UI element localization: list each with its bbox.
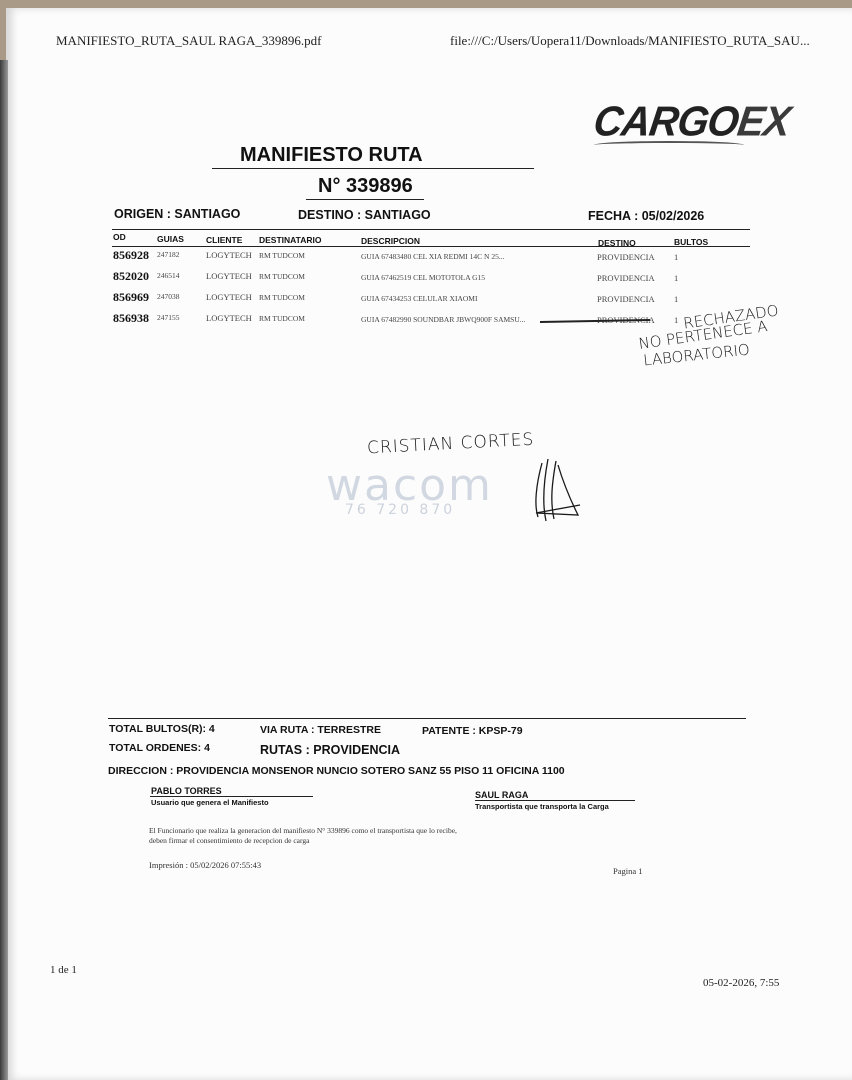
patente: PATENTE : KPSP-79 bbox=[422, 725, 523, 737]
legal-line-1: El Funcionario que realiza la generacion… bbox=[149, 826, 457, 835]
table-header-rule bbox=[112, 246, 750, 247]
col-guias: GUIAS bbox=[157, 234, 184, 244]
title-underline bbox=[212, 168, 534, 169]
cell-destinatario: RM TUDCOM bbox=[259, 314, 305, 323]
logo-swoosh bbox=[594, 141, 744, 149]
col-cliente: CLIENTE bbox=[206, 235, 242, 245]
manifest-number: N° 339896 bbox=[318, 175, 413, 198]
carrier-role: Transportista que transporta la Carga bbox=[475, 802, 609, 811]
cell-descripcion: GUIA 67482990 SOUNDBAR JBWQ900F SAMSU... bbox=[361, 315, 525, 324]
via-ruta: VIA RUTA : TERRESTRE bbox=[260, 724, 381, 736]
cell-descripcion: GUIA 67434253 CELULAR XIAOMI bbox=[361, 294, 477, 303]
legal-line-2: deben firmar el consentimiento de recepc… bbox=[149, 836, 309, 845]
cell-descripcion: GUIA 67483480 CEL XIA REDMI 14C N 25... bbox=[361, 252, 504, 261]
col-od: OD bbox=[113, 232, 126, 242]
print-file-path: file:///C:/Users/Uopera11/Downloads/MANI… bbox=[450, 33, 810, 49]
print-filename: MANIFIESTO_RUTA_SAUL RAGA_339896.pdf bbox=[56, 33, 321, 49]
cell-cliente: LOGYTECH bbox=[206, 292, 252, 302]
cell-bultos: 1 bbox=[674, 252, 678, 262]
carrier-signature-line bbox=[475, 800, 635, 801]
col-destinatario: DESTINATARIO bbox=[259, 235, 322, 245]
origen: ORIGEN : SANTIAGO bbox=[114, 207, 240, 221]
cell-guias: 247182 bbox=[157, 250, 180, 259]
page-edge-shadow bbox=[0, 60, 8, 1080]
destino: DESTINO : SANTIAGO bbox=[298, 208, 431, 222]
cell-guias: 246514 bbox=[157, 271, 180, 280]
cell-destino: PROVIDENCIA bbox=[597, 252, 655, 262]
print-page-count: 1 de 1 bbox=[50, 964, 77, 976]
cell-destinatario: RM TUDCOM bbox=[259, 293, 305, 302]
cell-bultos: 1 bbox=[674, 273, 678, 283]
cell-od: 856938 bbox=[113, 311, 149, 326]
cell-guias: 247155 bbox=[157, 313, 180, 322]
cell-destinatario: RM TUDCOM bbox=[259, 272, 305, 281]
cell-guias: 247038 bbox=[157, 292, 180, 301]
cell-od: 856928 bbox=[113, 248, 149, 263]
cell-od: 856969 bbox=[113, 290, 149, 305]
fecha: FECHA : 05/02/2026 bbox=[588, 209, 704, 223]
cell-cliente: LOGYTECH bbox=[206, 250, 252, 260]
signature-scribble bbox=[528, 455, 588, 525]
summary-top-rule bbox=[108, 718, 746, 719]
cell-bultos: 1 bbox=[674, 315, 678, 325]
direccion: DIRECCION : PROVIDENCIA MONSENOR NUNCIO … bbox=[108, 765, 565, 777]
total-bultos: TOTAL BULTOS(R): 4 bbox=[109, 723, 215, 735]
cell-cliente: LOGYTECH bbox=[206, 271, 252, 281]
stamp-watermark-sub: 76 720 870 bbox=[345, 502, 455, 518]
cargoex-logo: CARGOEX bbox=[591, 99, 793, 146]
cell-destino: PROVIDENCIA bbox=[597, 294, 655, 304]
generator-role: Usuario que genera el Manifiesto bbox=[151, 798, 269, 807]
cell-destinatario: RM TUDCOM bbox=[259, 251, 305, 260]
cell-bultos: 1 bbox=[674, 294, 678, 304]
document-title: MANIFIESTO RUTA bbox=[240, 144, 423, 167]
generator-signature-line bbox=[150, 796, 313, 797]
cell-destino: PROVIDENCIA bbox=[597, 273, 655, 283]
cell-od: 852020 bbox=[113, 269, 149, 284]
col-descripcion: DESCRIPCION bbox=[361, 236, 420, 246]
table-top-rule bbox=[112, 229, 750, 230]
cell-cliente: LOGYTECH bbox=[206, 313, 252, 323]
number-underline bbox=[306, 199, 424, 200]
page-label: Pagina 1 bbox=[613, 866, 643, 876]
total-ordenes: TOTAL ORDENES: 4 bbox=[109, 742, 210, 754]
print-datetime: 05-02-2026, 7:55 bbox=[703, 977, 779, 989]
carrier-name: SAUL RAGA bbox=[475, 790, 528, 800]
generator-name: PABLO TORRES bbox=[151, 786, 222, 796]
cell-descripcion: GUIA 67462519 CEL MOTOTOLA G15 bbox=[361, 273, 485, 282]
rutas: RUTAS : PROVIDENCIA bbox=[260, 743, 400, 757]
print-timestamp: Impresión : 05/02/2026 07:55:43 bbox=[149, 860, 261, 870]
